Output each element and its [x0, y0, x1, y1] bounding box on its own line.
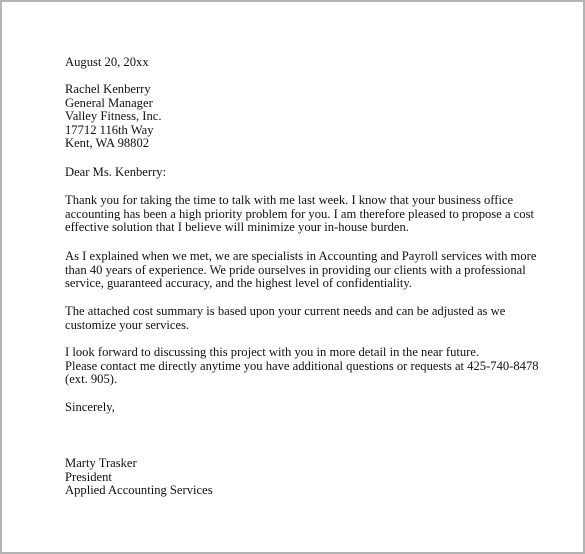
- recipient-address: Rachel Kenberry General Manager Valley F…: [65, 83, 162, 151]
- paragraph-line: As I explained when we met, we are speci…: [65, 250, 536, 264]
- paragraph-line: effective solution that I believe will m…: [65, 221, 534, 235]
- paragraph-4: I look forward to discussing this projec…: [65, 346, 539, 387]
- paragraph-line: service, guaranteed accuracy, and the hi…: [65, 277, 536, 291]
- paragraph-line: I look forward to discussing this projec…: [65, 346, 539, 360]
- paragraph-line: Please contact me directly anytime you h…: [65, 360, 539, 374]
- salutation: Dear Ms. Kenberry:: [65, 166, 166, 180]
- date-text: August 20, 20xx: [65, 56, 149, 70]
- paragraph-1: Thank you for taking the time to talk wi…: [65, 194, 534, 235]
- salutation-text: Dear Ms. Kenberry:: [65, 166, 166, 180]
- letter-page: August 20, 20xx Rachel Kenberry General …: [0, 0, 585, 554]
- closing: Sincerely,: [65, 401, 115, 415]
- signer-title: President: [65, 471, 213, 485]
- paragraph-line: accounting has been a high priority prob…: [65, 208, 534, 222]
- paragraph-line: customize your services.: [65, 319, 505, 333]
- letter-date: August 20, 20xx: [65, 56, 149, 70]
- paragraph-line: The attached cost summary is based upon …: [65, 305, 505, 319]
- recipient-company: Valley Fitness, Inc.: [65, 110, 162, 124]
- signer-company: Applied Accounting Services: [65, 484, 213, 498]
- signature-block: Marty Trasker President Applied Accounti…: [65, 457, 213, 498]
- paragraph-3: The attached cost summary is based upon …: [65, 305, 505, 332]
- paragraph-line: than 40 years of experience. We pride ou…: [65, 264, 536, 278]
- recipient-street: 17712 116th Way: [65, 124, 162, 138]
- recipient-city: Kent, WA 98802: [65, 137, 162, 151]
- signer-name: Marty Trasker: [65, 457, 213, 471]
- recipient-name: Rachel Kenberry: [65, 83, 162, 97]
- recipient-title: General Manager: [65, 97, 162, 111]
- paragraph-line: Thank you for taking the time to talk wi…: [65, 194, 534, 208]
- paragraph-2: As I explained when we met, we are speci…: [65, 250, 536, 291]
- closing-text: Sincerely,: [65, 401, 115, 415]
- paragraph-line: (ext. 905).: [65, 373, 539, 387]
